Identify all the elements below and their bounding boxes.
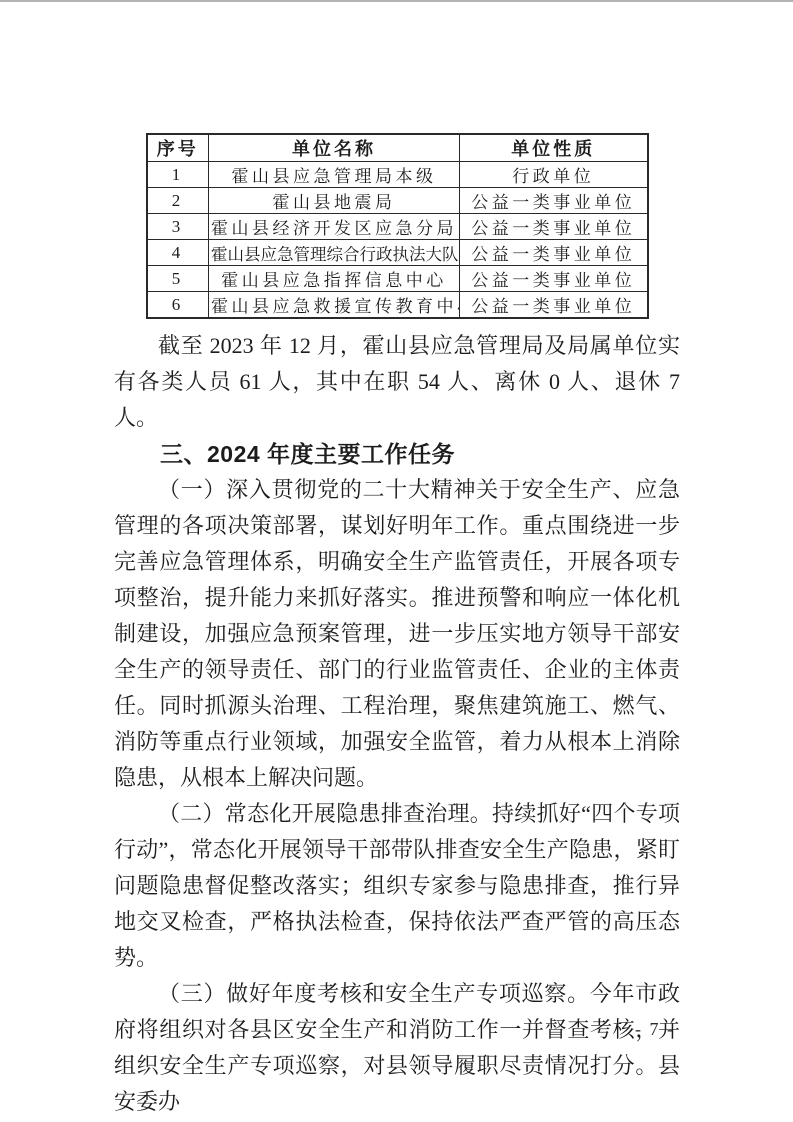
summary-paragraph: 截至 2023 年 12 月，霍山县应急管理局及局属单位实有各类人员 61 人，… [114, 328, 680, 436]
table-row: 1 霍山县应急管理局本级 行政单位 [147, 162, 648, 188]
units-table: 序号 单位名称 单位性质 1 霍山县应急管理局本级 行政单位 2 霍山县地震局 … [146, 133, 649, 319]
header-cell-index: 序号 [147, 134, 209, 162]
table-cell-unit-type: 公益一类事业单位 [460, 266, 648, 292]
table-row: 3 霍山县经济开发区应急分局 公益一类事业单位 [147, 214, 648, 240]
page-content: 序号 单位名称 单位性质 1 霍山县应急管理局本级 行政单位 2 霍山县地震局 … [114, 133, 680, 1120]
header-cell-unit-name: 单位名称 [209, 134, 460, 162]
table-cell-unit-type: 公益一类事业单位 [460, 292, 648, 319]
table-cell-index: 3 [147, 214, 209, 240]
table-row: 6 霍山县应急救援宣传教育中心 公益一类事业单位 [147, 292, 648, 319]
table-cell-index: 1 [147, 162, 209, 188]
section-heading: 三、2024 年度主要工作任务 [114, 436, 680, 472]
header-cell-unit-type: 单位性质 [460, 134, 648, 162]
table-cell-unit-name: 霍山县经济开发区应急分局 [209, 214, 460, 240]
document-page: { "document": { "page_number": "- 7 -" }… [0, 0, 793, 1122]
task-paragraph-2: （二）常态化开展隐患排查治理。持续抓好“四个专项行动”，常态化开展领导干部带队排… [114, 796, 680, 976]
table-cell-unit-name: 霍山县地震局 [209, 188, 460, 214]
table-cell-index: 6 [147, 292, 209, 319]
table-cell-index: 5 [147, 266, 209, 292]
table-cell-unit-type: 公益一类事业单位 [460, 240, 648, 266]
table-row: 4 霍山县应急管理综合行政执法大队 公益一类事业单位 [147, 240, 648, 266]
table-cell-unit-name: 霍山县应急救援宣传教育中心 [209, 292, 460, 319]
table-cell-unit-name: 霍山县应急管理综合行政执法大队 [209, 240, 460, 266]
table-cell-index: 4 [147, 240, 209, 266]
table-cell-unit-name: 霍山县应急指挥信息中心 [209, 266, 460, 292]
task-paragraph-1: （一）深入贯彻党的二十大精神关于安全生产、应急管理的各项决策部署，谋划好明年工作… [114, 472, 680, 796]
table-cell-unit-type: 行政单位 [460, 162, 648, 188]
table-cell-unit-type: 公益一类事业单位 [460, 214, 648, 240]
table-cell-unit-name: 霍山县应急管理局本级 [209, 162, 460, 188]
table-cell-index: 2 [147, 188, 209, 214]
table-header-row: 序号 单位名称 单位性质 [147, 134, 648, 162]
page-number: - 7 - [635, 1016, 675, 1043]
page-top-edge [0, 0, 793, 2]
body-text: 截至 2023 年 12 月，霍山县应急管理局及局属单位实有各类人员 61 人，… [114, 328, 680, 1120]
table-cell-unit-type: 公益一类事业单位 [460, 188, 648, 214]
task-paragraph-3: （三）做好年度考核和安全生产专项巡察。今年市政府将组织对各县区安全生产和消防工作… [114, 976, 680, 1120]
table-row: 2 霍山县地震局 公益一类事业单位 [147, 188, 648, 214]
table-row: 5 霍山县应急指挥信息中心 公益一类事业单位 [147, 266, 648, 292]
